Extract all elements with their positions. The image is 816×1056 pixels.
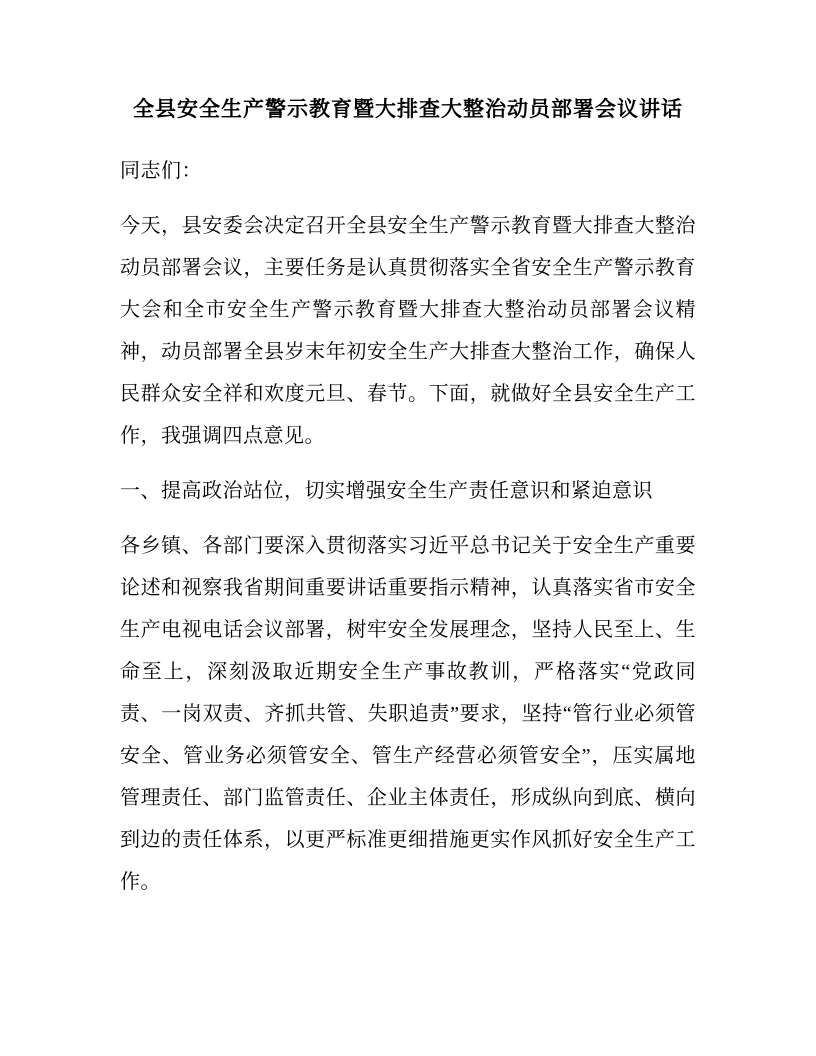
paragraph-section-heading-1: 一、提高政治站位，切实增强安全生产责任意识和紧迫意识 xyxy=(120,470,696,512)
paragraph-intro: 今天，县安委会决定召开全县安全生产警示教育暨大排查大整治动员部署会议，主要任务是… xyxy=(120,205,696,457)
paragraph-section-1-body: 各乡镇、各部门要深入贯彻落实习近平总书记关于安全生产重要论述和视察我省期间重要讲… xyxy=(120,525,696,903)
paragraph-salutation: 同志们： xyxy=(120,150,696,192)
document-title: 全县安全生产警示教育暨大排查大整治动员部署会议讲话 xyxy=(120,94,696,124)
document-page: 全县安全生产警示教育暨大排查大整治动员部署会议讲话 同志们： 今天，县安委会决定… xyxy=(0,0,816,1056)
